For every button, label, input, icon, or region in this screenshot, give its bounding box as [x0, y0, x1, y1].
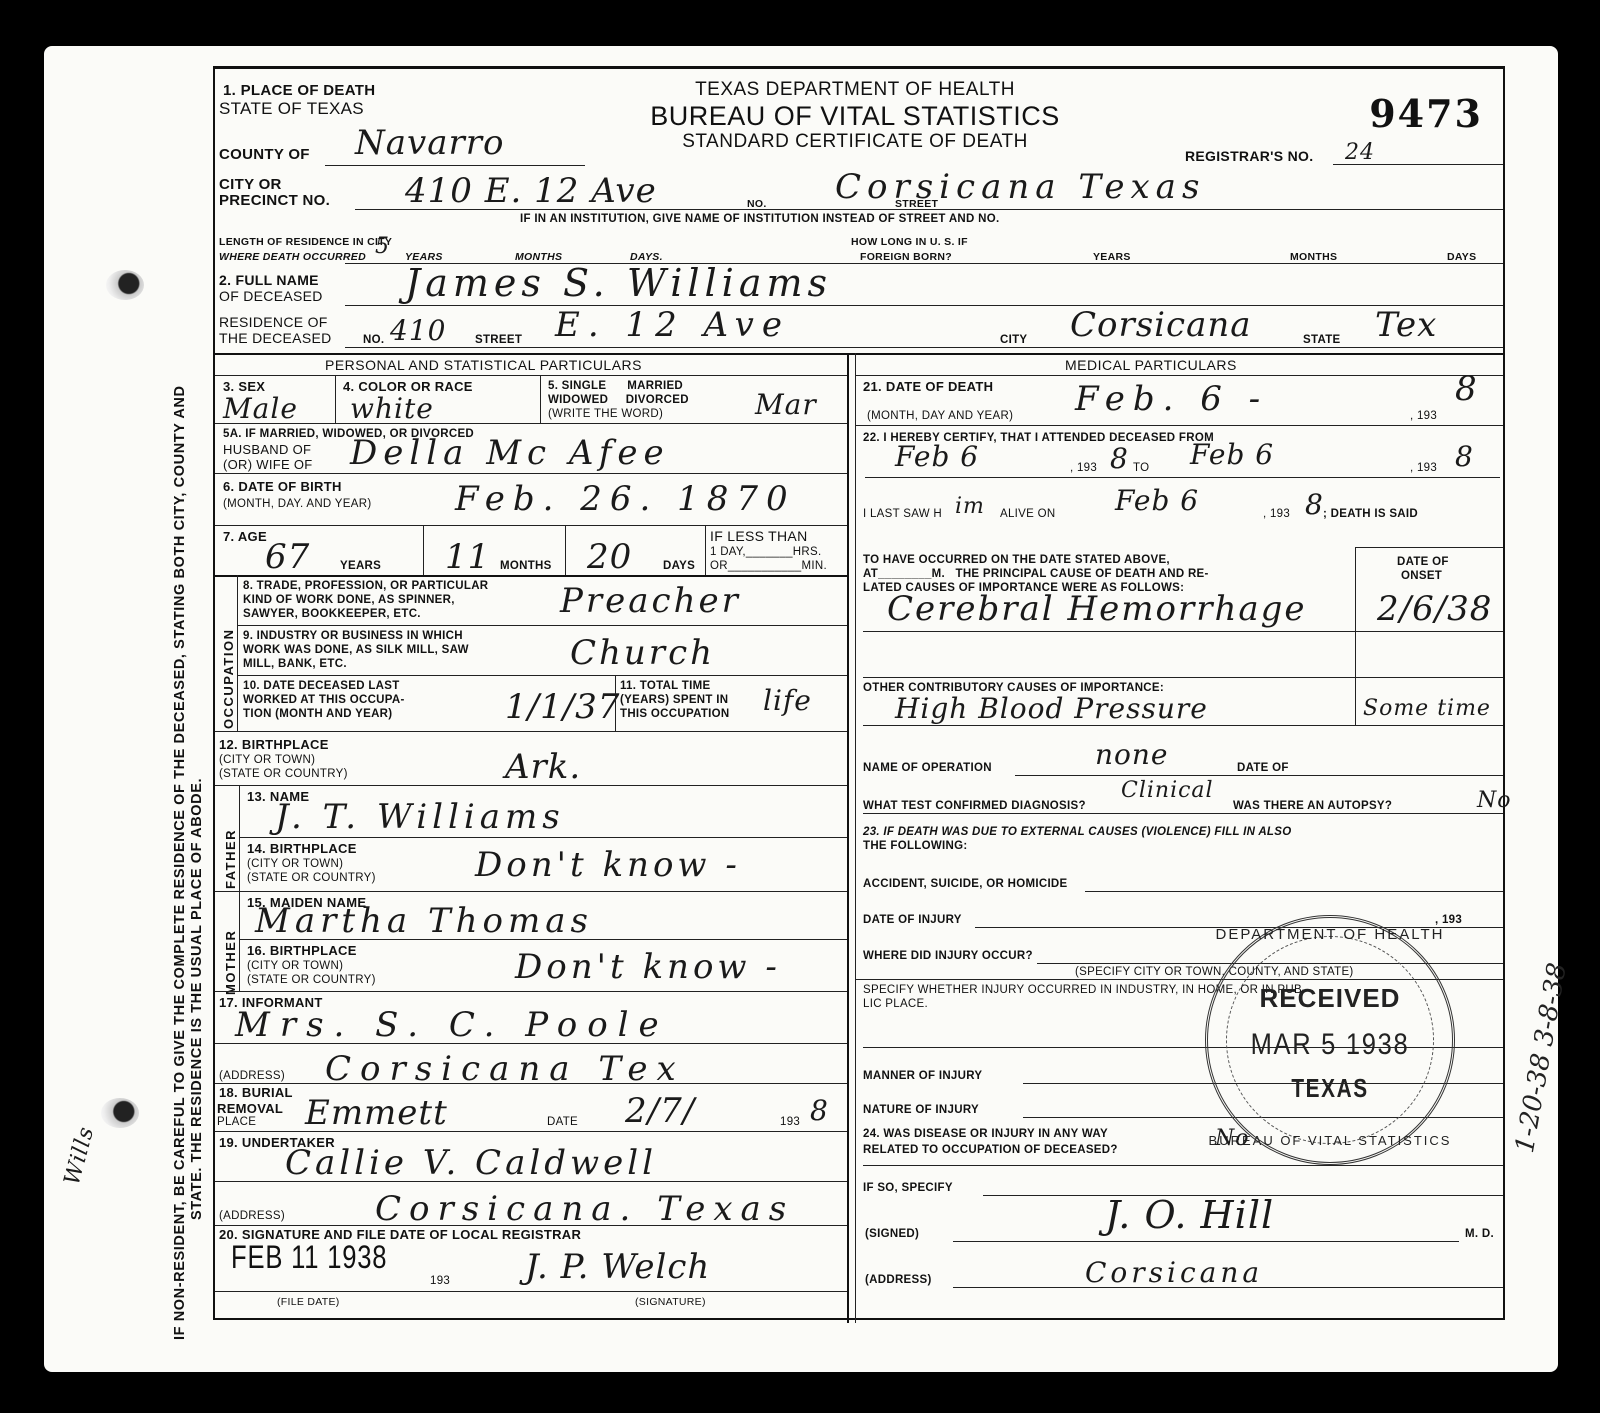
less-than-label-2: 1 DAY,_______HRS. [710, 545, 821, 560]
attended-to-value: Feb 6 [1190, 437, 1274, 473]
burial-date-value: 2/7/ [625, 1093, 695, 1129]
residence-state-label: STATE [1303, 333, 1341, 348]
occupation-side-label: OCCUPATION [221, 629, 236, 729]
city-label-1: CITY OR [219, 177, 282, 192]
marital-label-2: WIDOWED DIVORCED [548, 393, 689, 408]
trade-label-2: KIND OF WORK DONE, AS SPINNER, [243, 593, 455, 608]
spouse-label-2: HUSBAND OF [223, 442, 311, 457]
total-time-label-1: 11. TOTAL TIME [620, 679, 710, 694]
spouse-label-3: (OR) WIFE OF [223, 457, 313, 472]
diagnosis-label: WHAT TEST CONFIRMED DIAGNOSIS? [863, 799, 1086, 814]
attended-to-year-suffix: 8 [1455, 439, 1474, 475]
registrar-signature: J. P. Welch [525, 1249, 710, 1285]
death-city-value: Corsicana Texas [835, 169, 1205, 205]
stamp-date: MAR 5 1938 [1226, 1028, 1433, 1062]
informant-address-value: Corsicana Tex [325, 1051, 685, 1087]
residence-years-value: 5 [375, 229, 390, 265]
dod-label-1: 21. DATE OF DEATH [863, 379, 993, 394]
external-label-2: THE FOLLOWING: [863, 839, 968, 854]
attended-to-label: TO [1133, 461, 1149, 476]
full-name-value: James S. Williams [405, 265, 832, 301]
death-address-value: 410 E. 12 Ave [405, 173, 657, 209]
accident-label: ACCIDENT, SUICIDE, OR HOMICIDE [863, 877, 1068, 892]
no-label: NO. [747, 197, 767, 212]
full-name-label-1: 2. FULL NAME [219, 273, 319, 288]
residence-length-label-1: LENGTH OF RESIDENCE IN CITY [219, 235, 392, 250]
injury-where-label: WHERE DID INJURY OCCUR? [863, 949, 1033, 964]
manner-label: MANNER OF INJURY [863, 1069, 982, 1084]
last-saw-pronoun: im [955, 489, 985, 525]
last-saw-year-suffix: 8 [1305, 487, 1324, 523]
industry-label-1: 9. INDUSTRY OR BUSINESS IN WHICH [243, 629, 463, 644]
burial-year-prefix: 193 [780, 1115, 800, 1130]
birthplace-value: Ark. [505, 749, 581, 785]
attended-from-value: Feb 6 [895, 439, 979, 475]
marital-label-1: 5. SINGLE MARRIED [548, 379, 683, 394]
autopsy-label: WAS THERE AN AUTOPSY? [1233, 799, 1392, 814]
age-months-label: MONTHS [500, 559, 552, 574]
father-birthplace-label-1: 14. BIRTHPLACE [247, 841, 357, 856]
mother-birthplace-label-1: 16. BIRTHPLACE [247, 943, 357, 958]
industry-value: Church [570, 635, 715, 671]
bureau-title: BUREAU OF VITAL STATISTICS [555, 101, 1155, 132]
total-time-label-3: THIS OCCUPATION [620, 707, 730, 722]
age-days-value: 20 [587, 539, 632, 575]
last-saw-value: Feb 6 [1115, 483, 1199, 519]
last-worked-label-3: TION (MONTH AND YEAR) [243, 707, 392, 722]
nature-label: NATURE OF INJURY [863, 1103, 979, 1118]
injury-date-label: DATE OF INJURY [863, 913, 962, 928]
county-label: COUNTY OF [219, 147, 310, 162]
last-worked-label-1: 10. DATE DECEASED LAST [243, 679, 400, 694]
principal-cause-value: Cerebral Hemorrhage [887, 591, 1307, 627]
industry-label-2: WORK WAS DONE, AS SILK MILL, SAW [243, 643, 469, 658]
residence-no-label: NO. [363, 333, 384, 348]
attended-from-year-suffix: 8 [1110, 441, 1129, 477]
age-months-value: 11 [445, 539, 490, 575]
dod-value: Feb. 6 - [1075, 381, 1268, 417]
operation-value: none [1095, 737, 1169, 773]
injury-place-label-2: LIC PLACE. [863, 997, 928, 1012]
registrar-no-label: REGISTRAR'S NO. [1185, 149, 1313, 164]
residence-instruction: IF NON-RESIDENT, BE CAREFUL TO GIVE THE … [172, 385, 206, 1340]
burial-label-1: 18. BURIAL [219, 1085, 293, 1100]
father-birthplace-value: Don't know - [475, 847, 741, 883]
mother-birthplace-value: Don't know - [515, 949, 781, 985]
total-time-value: life [763, 683, 812, 719]
us-label-1: HOW LONG IN U. S. IF [851, 235, 968, 250]
onset-label-1: DATE OF [1397, 555, 1449, 570]
spouse-value: Della Mc Afee [350, 435, 670, 471]
occupation-related-label-2: RELATED TO OCCUPATION OF DECEASED? [863, 1143, 1118, 1158]
dob-label-2: (MONTH, DAY. AND YEAR) [223, 497, 371, 512]
form-title: STANDARD CERTIFICATE OF DEATH [605, 131, 1105, 153]
institution-note: IF IN AN INSTITUTION, GIVE NAME OF INSTI… [520, 212, 999, 227]
onset-label-2: ONSET [1401, 569, 1442, 584]
residence-no-value: 410 [390, 313, 446, 349]
county-value: Navarro [355, 125, 504, 161]
contributory-cause-value: High Blood Pressure [895, 691, 1208, 727]
residence-label-1: RESIDENCE OF [219, 315, 328, 330]
physician-address-value: Corsicana [1085, 1255, 1263, 1291]
received-stamp: DEPARTMENT OF HEALTH RECEIVED MAR 5 1938… [1205, 915, 1455, 1165]
dod-year-suffix: 8 [1455, 371, 1478, 407]
informant-address-label: (ADDRESS) [219, 1069, 285, 1084]
age-years-value: 67 [265, 539, 310, 575]
principal-onset-value: 2/6/38 [1377, 591, 1492, 627]
physician-address-label: (ADDRESS) [865, 1273, 932, 1288]
signed-label: (SIGNED) [865, 1227, 919, 1242]
undertaker-value: Callie V. Caldwell [285, 1145, 657, 1181]
mother-birthplace-label-2: (CITY OR TOWN) [247, 959, 343, 974]
if-so-label: IF SO, SPECIFY [863, 1181, 953, 1196]
place-of-death-label: 1. PLACE OF DEATH [223, 83, 375, 98]
personal-section-title: PERSONAL AND STATISTICAL PARTICULARS [325, 357, 642, 373]
physician-signature: J. O. Hill [1105, 1197, 1274, 1233]
stamp-bottom-text: BUREAU OF VITAL STATISTICS [1208, 1133, 1452, 1148]
dod-year-prefix: , 193 [1410, 409, 1437, 424]
punch-hole-bottom [101, 1098, 139, 1128]
diagnosis-value: Clinical [1121, 773, 1214, 809]
death-said-label: ; DEATH IS SAID [1323, 507, 1418, 522]
external-label-1: 23. IF DEATH WAS DUE TO EXTERNAL CAUSES … [863, 825, 1291, 840]
age-days-label: DAYS [663, 559, 695, 574]
stamp-received: RECEIVED [1208, 983, 1452, 1014]
full-name-label-2: OF DECEASED [219, 289, 323, 304]
residence-label-2: THE DECEASED [219, 331, 332, 346]
sex-value: Male [223, 391, 298, 427]
residence-length-label-2: WHERE DEATH OCCURRED [219, 250, 366, 265]
birthplace-label-3: (STATE OR COUNTRY) [219, 767, 348, 782]
total-time-label-2: (YEARS) SPENT IN [620, 693, 728, 708]
industry-label-3: MILL, BANK, ETC. [243, 657, 347, 672]
birthplace-label-1: 12. BIRTHPLACE [219, 737, 329, 752]
attended-to-year-prefix: , 193 [1410, 461, 1437, 476]
father-name-value: J. T. Williams [275, 799, 565, 835]
burial-label-2: REMOVAL [217, 1101, 283, 1116]
operation-date-label: DATE OF [1237, 761, 1289, 776]
occurred-label-1: TO HAVE OCCURRED ON THE DATE STATED ABOV… [863, 553, 1170, 568]
undertaker-address-label: (ADDRESS) [219, 1209, 285, 1224]
residence-city-value: Corsicana [1070, 307, 1252, 343]
stamp-top-text: DEPARTMENT OF HEALTH [1208, 926, 1452, 943]
burial-label-3: PLACE [217, 1115, 256, 1130]
file-date-stamp: FEB 11 1938 [231, 1239, 387, 1276]
mother-birthplace-label-3: (STATE OR COUNTRY) [247, 973, 376, 988]
trade-value: Preacher [560, 583, 741, 619]
punch-hole-top [106, 270, 144, 300]
age-label: 7. AGE [223, 529, 267, 544]
trade-label-3: SAWYER, BOOKKEEPER, ETC. [243, 607, 421, 622]
burial-date-label: DATE [547, 1115, 578, 1130]
operation-label: NAME OF OPERATION [863, 761, 992, 776]
last-saw-year-prefix: , 193 [1263, 507, 1290, 522]
race-value: white [350, 391, 434, 427]
md-label: M. D. [1465, 1227, 1494, 1242]
trade-label-1: 8. TRADE, PROFESSION, OR PARTICULAR [243, 579, 488, 594]
informant-value: Mrs. S. C. Poole [235, 1007, 669, 1043]
department-title: TEXAS DEPARTMENT OF HEALTH [655, 79, 1055, 101]
undertaker-address-value: Corsicana. Texas [375, 1191, 794, 1227]
dob-label-1: 6. DATE OF BIRTH [223, 479, 342, 494]
residence-street-value: E. 12 Ave [555, 307, 790, 343]
occupation-related-label-1: 24. WAS DISEASE OR INJURY IN ANY WAY [863, 1127, 1108, 1142]
birthplace-label-2: (CITY OR TOWN) [219, 753, 315, 768]
age-years-label: YEARS [340, 559, 381, 574]
mother-side-label: MOTHER [223, 930, 238, 995]
registrar-year-prefix: 193 [430, 1274, 450, 1289]
less-than-label-1: IF LESS THAN [710, 529, 807, 544]
marital-value: Mar [755, 387, 817, 423]
father-birthplace-label-3: (STATE OR COUNTRY) [247, 871, 376, 886]
less-than-label-3: OR___________MIN. [710, 559, 827, 574]
certificate-number: 9473 [1369, 91, 1483, 136]
father-side-label: FATHER [223, 829, 238, 889]
father-birthplace-label-2: (CITY OR TOWN) [247, 857, 343, 872]
last-worked-label-2: WORKED AT THIS OCCUPA- [243, 693, 405, 708]
dob-value: Feb. 26. 1870 [455, 481, 796, 517]
last-saw-label: I LAST SAW H [863, 507, 942, 522]
residence-city-label: CITY [1000, 333, 1027, 348]
residence-state-value: Tex [1375, 307, 1437, 343]
alive-on-label: ALIVE ON [1000, 507, 1055, 522]
file-date-label: (FILE DATE) [277, 1295, 340, 1310]
stamp-state: TEXAS [1232, 1073, 1427, 1104]
contributory-onset-value: Some time [1363, 691, 1491, 727]
dod-label-2: (MONTH, DAY AND YEAR) [867, 409, 1013, 424]
mother-name-value: Martha Thomas [255, 903, 593, 939]
signature-label: (SIGNATURE) [635, 1295, 706, 1310]
attended-from-year-prefix: , 193 [1070, 461, 1097, 476]
burial-year-suffix: 8 [810, 1093, 829, 1129]
registrar-no-value: 24 [1345, 135, 1375, 171]
burial-place-value: Emmett [305, 1095, 448, 1131]
city-label-2: PRECINCT NO. [219, 193, 330, 208]
marital-label-3: (WRITE THE WORD) [548, 407, 663, 422]
last-worked-value: 1/1/37 [505, 689, 620, 725]
medical-section-title: MEDICAL PARTICULARS [1065, 357, 1237, 373]
residence-street-label: STREET [475, 333, 522, 348]
state-label: STATE OF TEXAS [219, 101, 364, 116]
occurred-label-2: AT________M. THE PRINCIPAL CAUSE OF DEAT… [863, 567, 1209, 582]
